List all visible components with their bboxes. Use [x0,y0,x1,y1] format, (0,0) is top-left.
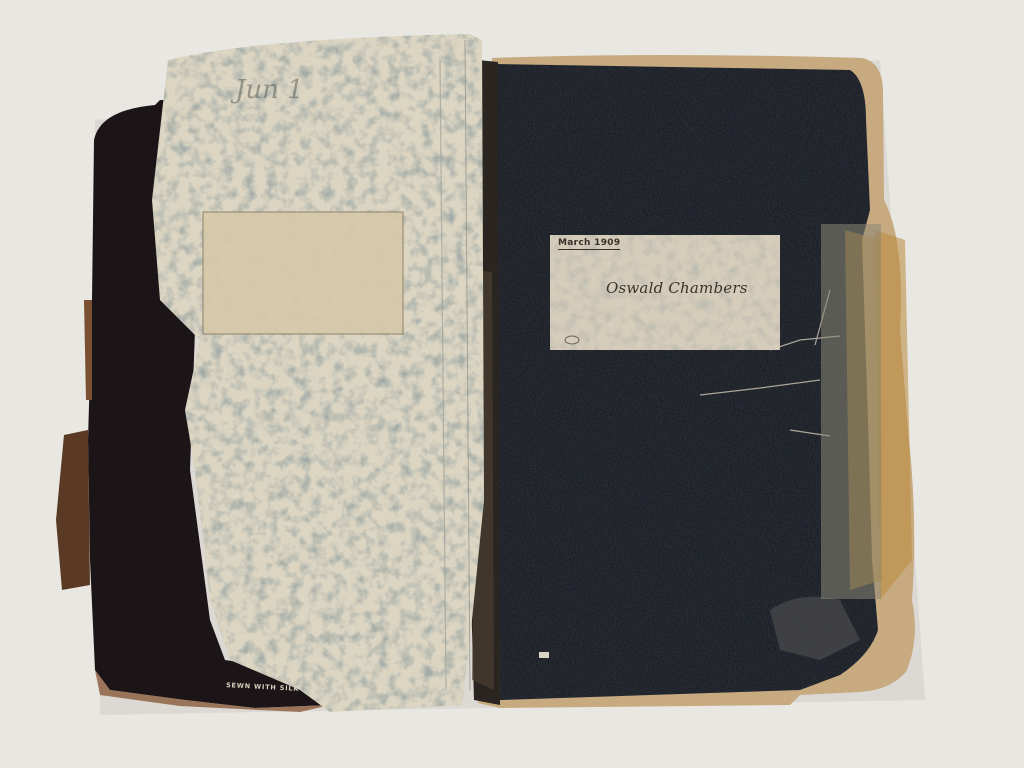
notebook-photo: Jun 1 March 1909 Oswald Chambers SEWN WI… [0,0,1024,768]
pencil-inscription: Jun 1 [235,75,304,105]
notebook-illustration [0,0,1024,768]
label-date-stamp: March 1909 [558,238,620,250]
blank-label [203,212,403,334]
label-owner-name: Oswald Chambers [606,279,748,297]
